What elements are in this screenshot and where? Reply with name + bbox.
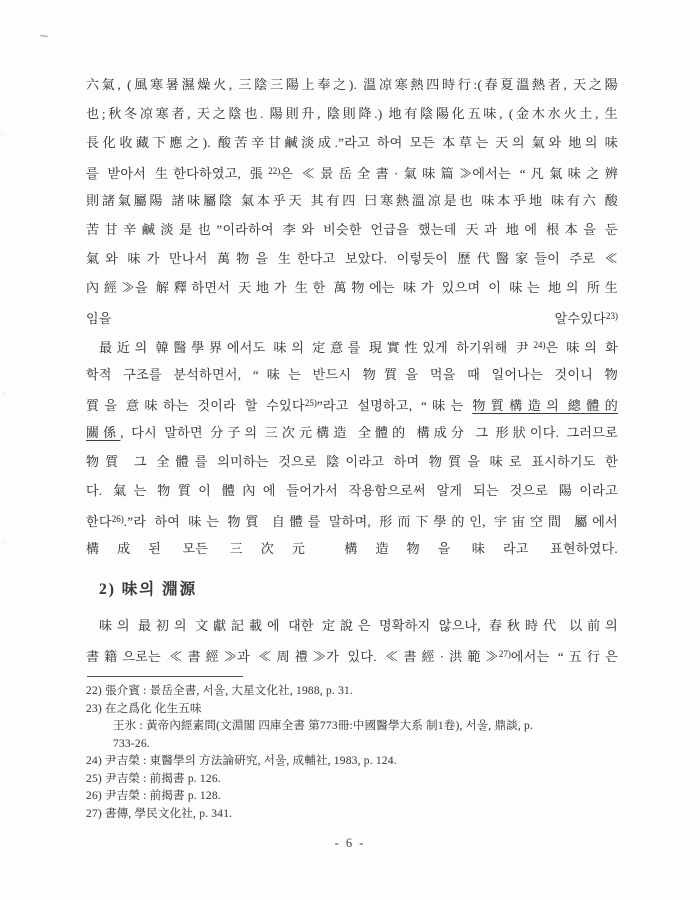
text-segment: 則諸氣屬陽 諸味屬陰 氣本乎天 其有四 曰寒熱溫凉是也 味本乎地 味有六 酸 <box>86 193 618 208</box>
footnote-line: 26) 尹吉榮 : 前揭書 p. 128. <box>86 788 618 806</box>
footnote-line: 王氷 : 黃帝內經素問(文淵閣 四庫全書 第773冊:中國醫學大系 制1卷), … <box>86 718 618 736</box>
text-segment: 內經≫을 解釋하면서 天地가 生한 萬物에는 味가 있으며 이 味는 地의 所生 <box>86 280 618 295</box>
text-segment: , 다시 말하면 分子의 三次元構造 全體的 構成分 그 形狀이다. 그러므로 <box>120 425 618 440</box>
text-segment: 다. 氣는 物質이 體內에 들어가서 작용함으로써 알게 되는 것으로 陽이라고 <box>86 483 618 498</box>
text-segment: 를 받아서 生한다하였고, 張 <box>86 166 268 181</box>
text-line: 關係, 다시 말하면 分子의 三次元構造 全體的 構成分 그 形狀이다. 그러므… <box>86 418 618 447</box>
text-segment: 苦甘辛鹹淡是也”이라하여 李와 비슷한 언급을 했는데 天과 地에 根本을 둔 <box>86 222 618 237</box>
text-line: 氣와 味가 만나서 萬物을 生한다고 보았다. 이렇듯이 歷代醫家들이 주로 ≪ <box>86 244 618 273</box>
scan-artifact-speck <box>2 392 7 397</box>
footnote-line: 24) 尹吉榮 : 東醫學의 方法論硏究, 서울, 成輔社, 1983, p. … <box>86 753 618 771</box>
footnote-line: 22) 張介賓 : 景岳全書, 서울, 大星文化社, 1988, p. 31. <box>86 683 618 701</box>
text-segment: 構成된 모든 三次元 構造物을 味라고 표현하였다. <box>86 541 618 556</box>
body-text: 六氣, (風寒暑濕燥火, 三陰三陽上奉之). 溫凉寒熱四時行:(春夏溫熱者, 天… <box>86 70 618 669</box>
text-line: 則諸氣屬陽 諸味屬陰 氣本乎天 其有四 曰寒熱溫凉是也 味本乎地 味有六 酸 <box>86 186 618 215</box>
text-segment: 한다 <box>86 514 112 529</box>
text-segment: 關係 <box>86 425 120 440</box>
text-segment: ”라고 설명하고, “味는 <box>317 398 472 413</box>
text-segment: 味의 最初의 文獻記載에 대한 定說은 명확하지 않으나, 春秋時代 以前의 <box>99 618 618 633</box>
text-line: 書籍으로는 ≪書經≫과 ≪周禮≫가 있다. ≪書經·洪範≫27)에서는 “五行은 <box>86 640 618 669</box>
text-line: 학적 구조를 분석하면서, “味는 반드시 物質을 먹을 때 일어나는 것이니 … <box>86 360 618 389</box>
text-segment: 書籍으로는 ≪書經≫과 ≪周禮≫가 있다. ≪書經·洪範≫ <box>86 649 499 664</box>
text-segment: 質을 意味하는 것이라 할 수있다 <box>86 398 305 413</box>
text-line: 構成된 모든 三次元 構造物을 味라고 표현하였다. <box>86 534 618 563</box>
footnote-line: 25) 尹吉榮 : 前揭書 p. 126. <box>86 771 618 789</box>
text-line: 를 받아서 生한다하였고, 張22)은 ≪景岳全書·氣味篇≫에서는 “凡氣味之辨 <box>86 157 618 186</box>
scan-artifact-speck <box>1 540 5 544</box>
footnote-ref: 23) <box>606 311 618 321</box>
scan-artifact-speck <box>0 130 4 136</box>
text-segment: 임을 알수있다 <box>86 311 606 326</box>
text-line: 質을 意味하는 것이라 할 수있다25)”라고 설명하고, “味는 物質構造의 … <box>86 389 618 418</box>
scan-artifact-dash <box>40 34 48 37</box>
page-number: - 6 - <box>0 836 700 851</box>
document-page: 六氣, (風寒暑濕燥火, 三陰三陽上奉之). 溫凉寒熱四時行:(春夏溫熱者, 天… <box>0 0 700 900</box>
text-segment: 에서는 “五行은 <box>511 649 618 664</box>
text-line: 味의 最初의 文獻記載에 대한 定說은 명확하지 않으나, 春秋時代 以前의 <box>86 611 618 640</box>
text-line: 物質 그 全體를 의미하는 것으로 陰이라고 하며 物質을 味로 표시하기도 한 <box>86 447 618 476</box>
text-segment: 은 ≪景岳全書·氣味篇≫에서는 “凡氣味之辨 <box>280 166 618 181</box>
paragraph-modern-definition: 最近의 韓醫學界에서도 味의 定意를 現實性있게 하기위해 尹24)은 味의 화… <box>86 331 618 563</box>
text-segment: 六氣, (風寒暑濕燥火, 三陰三陽上奉之). 溫凉寒熱四時行:(春夏溫熱者, 天… <box>86 77 618 92</box>
text-segment: 長化收藏下應之). 酸苦辛甘鹹淡成.”라고 하여 모든 本草는 天의 氣와 地의… <box>86 135 618 150</box>
text-line: 六氣, (風寒暑濕燥火, 三陰三陽上奉之). 溫凉寒熱四時行:(春夏溫熱者, 天… <box>86 70 618 99</box>
text-segment: 物質 그 全體를 의미하는 것으로 陰이라고 하며 物質을 味로 표시하기도 한 <box>86 454 618 469</box>
text-line: 長化收藏下應之). 酸苦辛甘鹹淡成.”라고 하여 모든 本草는 天의 氣와 地의… <box>86 128 618 157</box>
text-line: 內經≫을 解釋하면서 天地가 生한 萬物에는 味가 있으며 이 味는 地의 所生 <box>86 273 618 302</box>
text-line: 다. 氣는 物質이 體內에 들어가서 작용함으로써 알게 되는 것으로 陽이라고 <box>86 476 618 505</box>
footnote-ref: 25) <box>305 398 317 408</box>
text-line: 也;秋冬凉寒者, 天之陰也. 陽則升, 陰則降.) 地有陰陽化五味, (金木水火… <box>86 99 618 128</box>
text-line: 한다26).”라 하여 味는 物質 自體를 말하며, 形而下學的인, 宇宙空間 … <box>86 505 618 534</box>
footnote-ref: 22) <box>268 166 280 176</box>
text-segment: 은 味의 화 <box>545 340 618 355</box>
text-segment: 最近의 韓醫學界에서도 味의 定意를 現實性있게 하기위해 尹 <box>99 340 533 355</box>
footnote-ref: 27) <box>499 649 511 659</box>
footnote-line: 23) 在之爲化 化生五味 <box>86 701 618 719</box>
footnote-ref: 24) <box>533 340 545 350</box>
text-line: 苦甘辛鹹淡是也”이라하여 李와 비슷한 언급을 했는데 天과 地에 根本을 둔 <box>86 215 618 244</box>
text-line: 임을 알수있다23) <box>86 302 618 331</box>
text-segment: 也;秋冬凉寒者, 天之陰也. 陽則升, 陰則降.) 地有陰陽化五味, (金木水火… <box>86 106 618 121</box>
section-heading-wei-origin: 2) 味의 淵源 <box>86 578 618 602</box>
page-content: 六氣, (風寒暑濕燥火, 三陰三陽上奉之). 溫凉寒熱四時行:(春夏溫熱者, 天… <box>86 70 618 823</box>
footnotes-section: 22) 張介賓 : 景岳全書, 서울, 大星文化社, 1988, p. 31.2… <box>86 676 618 823</box>
footnote-line: 27) 書傳, 學民文化社, p. 341. <box>86 806 618 824</box>
footnote-ref: 26) <box>112 514 124 524</box>
paragraph-origin-intro: 味의 最初의 文獻記載에 대한 定說은 명확하지 않으나, 春秋時代 以前의書籍… <box>86 611 618 669</box>
paragraph-qi-and-wei: 六氣, (風寒暑濕燥火, 三陰三陽上奉之). 溫凉寒熱四時行:(春夏溫熱者, 天… <box>86 70 618 331</box>
text-segment: 학적 구조를 분석하면서, “味는 반드시 物質을 먹을 때 일어나는 것이니 … <box>86 367 618 382</box>
text-segment: .”라 하여 味는 物質 自體를 말하며, 形而下學的인, 宇宙空間 屬에서 <box>124 514 618 529</box>
footnote-lines: 22) 張介賓 : 景岳全書, 서울, 大星文化社, 1988, p. 31.2… <box>86 683 618 823</box>
text-segment: 物質構造의 總體的 <box>472 398 618 413</box>
text-line: 最近의 韓醫學界에서도 味의 定意를 現實性있게 하기위해 尹24)은 味의 화 <box>86 331 618 360</box>
footnote-divider <box>87 676 243 677</box>
text-segment: 氣와 味가 만나서 萬物을 生한다고 보았다. 이렇듯이 歷代醫家들이 주로 ≪ <box>86 251 618 266</box>
footnote-line: 733-26. <box>86 736 618 754</box>
